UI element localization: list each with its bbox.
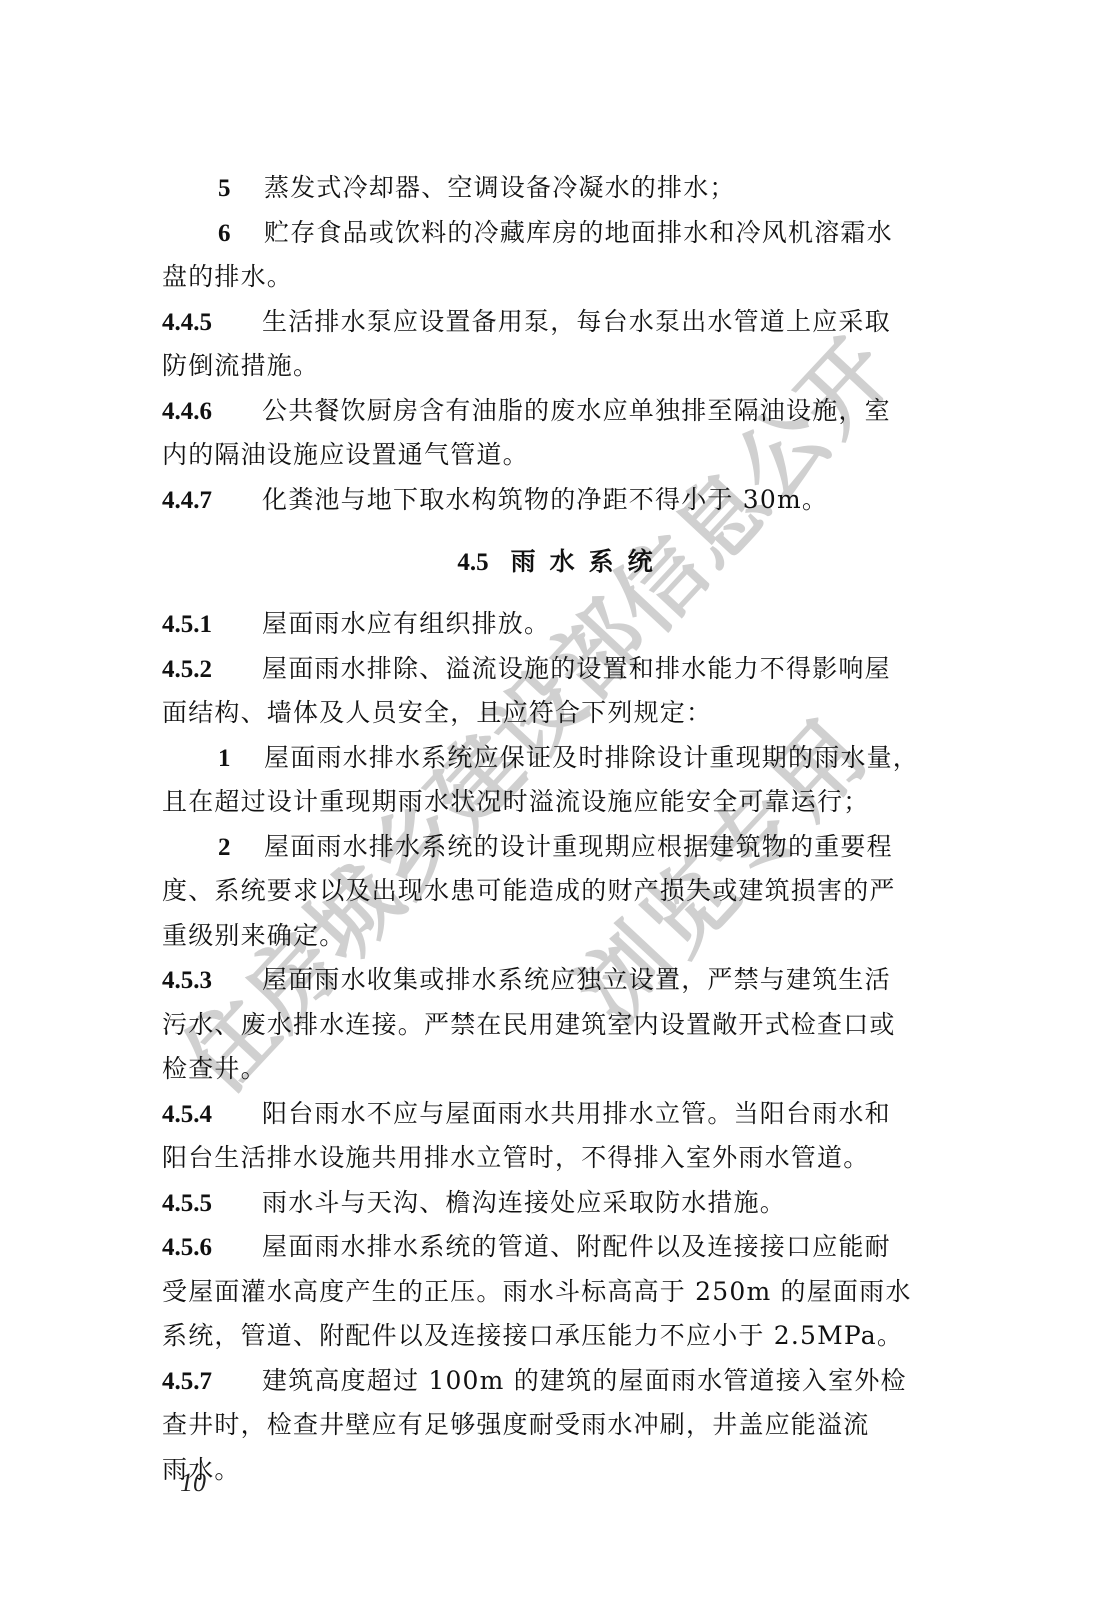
continuation-line: 雨水。 bbox=[162, 1448, 962, 1493]
continuation-line: 污水、废水排水连接。严禁在民用建筑室内设置敞开式检查口或 bbox=[162, 1003, 962, 1048]
clause-4-5-3: 4.5.3屋面雨水收集或排水系统应独立设置，严禁与建筑生活 bbox=[162, 958, 962, 1003]
clause-number: 4.4.6 bbox=[162, 390, 262, 435]
clause-text: 公共餐饮厨房含有油脂的废水应单独排至隔油设施，室 bbox=[262, 396, 891, 425]
clause-text: 建筑高度超过 100m 的建筑的屋面雨水管道接入室外检 bbox=[262, 1366, 907, 1395]
clause-4-4-5: 4.4.5生活排水泵应设置备用泵，每台水泵出水管道上应采取 bbox=[162, 300, 962, 345]
continuation-line: 阳台生活排水设施共用排水立管时，不得排入室外雨水管道。 bbox=[162, 1136, 962, 1181]
clause-4-5-5: 4.5.5雨水斗与天沟、檐沟连接处应采取防水措施。 bbox=[162, 1181, 962, 1226]
clause-text: 屋面雨水排水系统的管道、附配件以及连接接口应能耐 bbox=[262, 1232, 891, 1261]
clause-number: 4.5.1 bbox=[162, 603, 262, 648]
continuation-line: 盘的排水。 bbox=[162, 255, 962, 300]
clause-4-5-6: 4.5.6屋面雨水排水系统的管道、附配件以及连接接口应能耐 bbox=[162, 1225, 962, 1270]
item-text: 屋面雨水排水系统应保证及时排除设计重现期的雨水量， bbox=[264, 743, 919, 772]
item-text: 蒸发式冷却器、空调设备冷凝水的排水； bbox=[264, 173, 736, 202]
clause-number: 4.5.2 bbox=[162, 648, 262, 693]
clause-number: 4.5.3 bbox=[162, 959, 262, 1004]
clause-text: 屋面雨水排除、溢流设施的设置和排水能力不得影响屋 bbox=[262, 654, 891, 683]
clause-number: 4.4.7 bbox=[162, 479, 262, 524]
list-item-5: 5蒸发式冷却器、空调设备冷凝水的排水； bbox=[162, 166, 962, 211]
clause-text: 屋面雨水收集或排水系统应独立设置，严禁与建筑生活 bbox=[262, 965, 891, 994]
clause-number: 4.4.5 bbox=[162, 301, 262, 346]
clause-4-4-6: 4.4.6公共餐饮厨房含有油脂的废水应单独排至隔油设施，室 bbox=[162, 389, 962, 434]
continuation-line: 重级别来确定。 bbox=[162, 914, 962, 959]
continuation-line: 且在超过设计重现期雨水状况时溢流设施应能安全可靠运行； bbox=[162, 780, 962, 825]
item-number: 1 bbox=[218, 737, 264, 782]
item-text: 屋面雨水排水系统的设计重现期应根据建筑物的重要程 bbox=[264, 832, 893, 861]
list-item-1: 1屋面雨水排水系统应保证及时排除设计重现期的雨水量， bbox=[162, 736, 962, 781]
section-title: 雨水系统 bbox=[511, 547, 667, 576]
clause-4-5-4: 4.5.4阳台雨水不应与屋面雨水共用排水立管。当阳台雨水和 bbox=[162, 1092, 962, 1137]
clause-4-5-7: 4.5.7建筑高度超过 100m 的建筑的屋面雨水管道接入室外检 bbox=[162, 1359, 962, 1404]
clause-4-5-1: 4.5.1屋面雨水应有组织排放。 bbox=[162, 602, 962, 647]
item-number: 6 bbox=[218, 212, 264, 257]
section-heading: 4.5雨水系统 bbox=[162, 522, 962, 602]
clause-4-5-2: 4.5.2屋面雨水排除、溢流设施的设置和排水能力不得影响屋 bbox=[162, 647, 962, 692]
continuation-line: 查井时，检查井壁应有足够强度耐受雨水冲刷，井盖应能溢流 bbox=[162, 1403, 962, 1448]
clause-number: 4.5.6 bbox=[162, 1226, 262, 1271]
clause-text: 阳台雨水不应与屋面雨水共用排水立管。当阳台雨水和 bbox=[262, 1099, 891, 1128]
continuation-line: 系统，管道、附配件以及连接接口承压能力不应小于 2.5MPa。 bbox=[162, 1314, 962, 1359]
item-number: 5 bbox=[218, 167, 264, 212]
section-number: 4.5 bbox=[457, 549, 488, 576]
item-text: 贮存食品或饮料的冷藏库房的地面排水和冷风机溶霜水 bbox=[264, 218, 893, 247]
clause-4-4-7: 4.4.7化粪池与地下取水构筑物的净距不得小于 30m。 bbox=[162, 478, 962, 523]
clause-text: 雨水斗与天沟、檐沟连接处应采取防水措施。 bbox=[262, 1188, 786, 1217]
continuation-line: 内的隔油设施应设置通气管道。 bbox=[162, 433, 962, 478]
continuation-line: 面结构、墙体及人员安全，且应符合下列规定： bbox=[162, 691, 962, 736]
continuation-line: 度、系统要求以及出现水患可能造成的财产损失或建筑损害的严 bbox=[162, 869, 962, 914]
item-number: 2 bbox=[218, 826, 264, 871]
clause-text: 化粪池与地下取水构筑物的净距不得小于 30m。 bbox=[262, 485, 828, 514]
page-content: 5蒸发式冷却器、空调设备冷凝水的排水； 6贮存食品或饮料的冷藏库房的地面排水和冷… bbox=[162, 166, 962, 1492]
continuation-line: 检查井。 bbox=[162, 1047, 962, 1092]
clause-number: 4.5.7 bbox=[162, 1360, 262, 1405]
continuation-line: 受屋面灌水高度产生的正压。雨水斗标高高于 250m 的屋面雨水 bbox=[162, 1270, 962, 1315]
clause-text: 屋面雨水应有组织排放。 bbox=[262, 609, 550, 638]
list-item-2: 2屋面雨水排水系统的设计重现期应根据建筑物的重要程 bbox=[162, 825, 962, 870]
clause-text: 生活排水泵应设置备用泵，每台水泵出水管道上应采取 bbox=[262, 307, 891, 336]
clause-number: 4.5.4 bbox=[162, 1093, 262, 1138]
clause-number: 4.5.5 bbox=[162, 1182, 262, 1227]
continuation-line: 防倒流措施。 bbox=[162, 344, 962, 389]
document-page: 住房城乡建设部信息公开 浏览专用 5蒸发式冷却器、空调设备冷凝水的排水； 6贮存… bbox=[0, 0, 1103, 1598]
list-item-6: 6贮存食品或饮料的冷藏库房的地面排水和冷风机溶霜水 bbox=[162, 211, 962, 256]
